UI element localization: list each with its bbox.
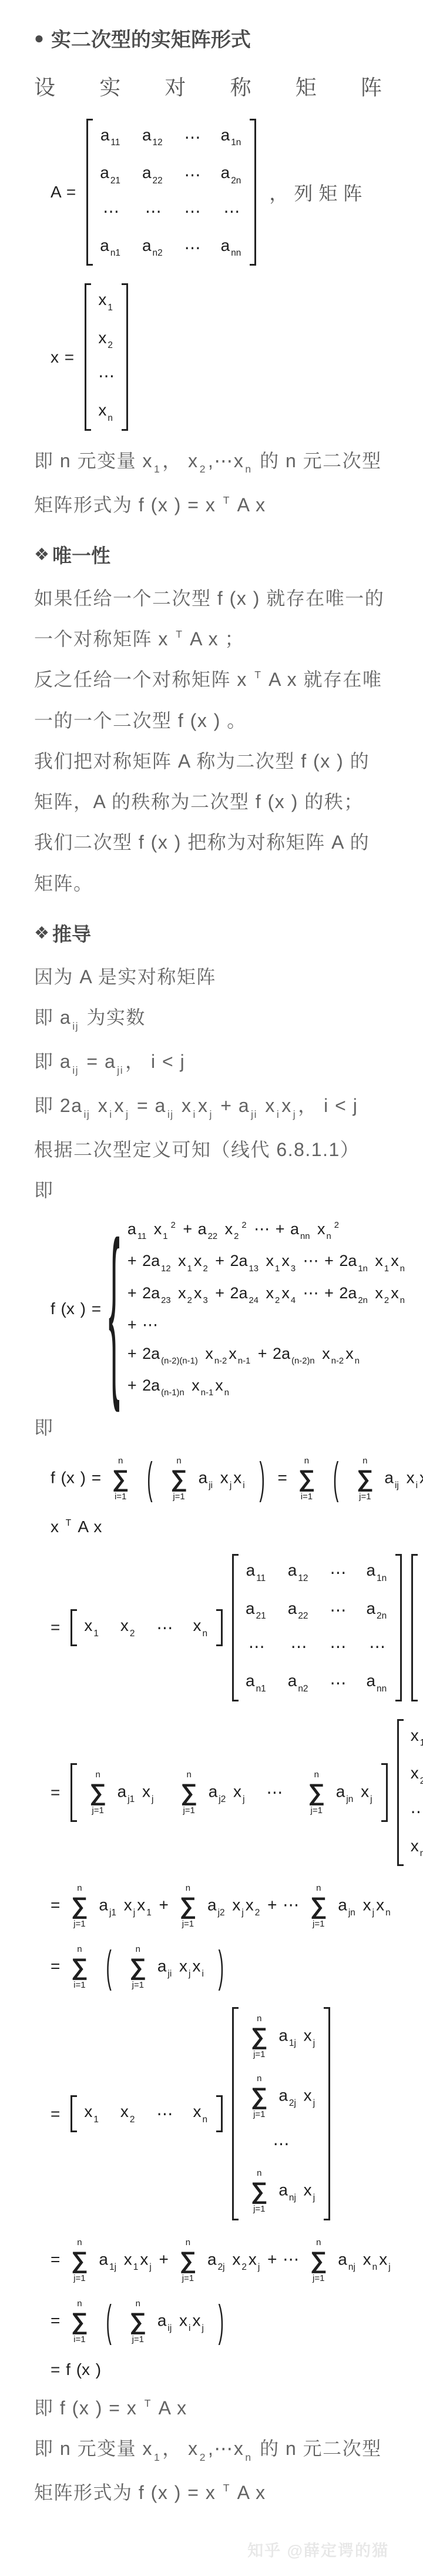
matrix-product-step: = x1x2⋯xn a11a12⋯a1na21a22⋯a2n⋯⋯⋯⋯an1an2… xyxy=(51,1554,389,1701)
sum-chain-cols: = n∑j=1 a1j x1xj + n∑j=1 a2j x2xj + ⋯ n∑… xyxy=(51,2238,389,2283)
matrix-cell: ⋯ xyxy=(98,366,115,386)
matrix-cell: x1 xyxy=(84,1616,100,1639)
matrix-cell: a22 xyxy=(142,163,164,186)
subscript: 1 xyxy=(146,1908,152,1918)
uniqueness-line: 我们二次型 f (x ) 把称为对称矩阵 A 的 xyxy=(34,830,389,855)
superscript: T xyxy=(66,1518,71,1528)
conclusion-line-1: 即 f (x ) = x T A x xyxy=(34,2396,389,2420)
expansion-row: + 2a23 x2x3 + 2a24 x2x4 ⋯ + 2a2n x2xn xyxy=(127,1284,407,1305)
subscript: n xyxy=(400,1296,405,1305)
uniqueness-line: 我们把对称矩阵 A 称为二次型 f (x ) 的 xyxy=(34,749,389,773)
subscript: n-2 xyxy=(214,1356,227,1366)
sum-lower-limit: j=1 xyxy=(359,1492,371,1501)
summation-icon: n∑j=1 xyxy=(357,1456,374,1501)
right-bracket-icon xyxy=(216,1609,223,1646)
summation-icon: n∑j=1 xyxy=(89,1770,106,1815)
sum-lower-limit: j=1 xyxy=(311,1806,323,1815)
subscript: j xyxy=(152,1794,153,1804)
char: 实 xyxy=(99,71,120,101)
sum-lower-limit: j=1 xyxy=(253,2110,265,2119)
subscript: 2 xyxy=(420,1776,423,1786)
subscript: nn xyxy=(300,1232,310,1241)
subscript: i xyxy=(243,1480,244,1490)
matrix-cell: a2n xyxy=(366,1599,388,1622)
sum-lower-limit: j=1 xyxy=(253,2205,265,2213)
subscript: 22 xyxy=(208,1232,218,1241)
conclusion-line-3: 矩阵形式为 f (x ) = x T A x xyxy=(34,2480,389,2505)
char: 阵 xyxy=(361,71,382,101)
subscript: 22 xyxy=(298,1611,308,1621)
matrix-cell: xn xyxy=(193,1616,209,1639)
diamond-icon: ❖ xyxy=(34,544,49,565)
matrix-cell: ann xyxy=(221,236,243,259)
matrix-cell: ⋯ xyxy=(266,1783,283,1802)
matrix-cell: x2 xyxy=(98,329,115,351)
vector-x-definition: x = x1x2⋯xn xyxy=(51,283,389,430)
matrix-cell: x1 xyxy=(98,290,115,313)
subscript: j xyxy=(293,1108,296,1120)
subscript: j2 xyxy=(219,1794,226,1804)
summation-icon: n∑i=1 xyxy=(298,1456,315,1501)
matrix-cell: ⋯ xyxy=(224,202,240,221)
sum-lower-limit: j=1 xyxy=(182,2274,194,2283)
matrix-cell: xn xyxy=(98,401,115,423)
expansion-row: + 2a(n-1)n xn-1xn xyxy=(127,1376,407,1398)
subscript: j xyxy=(258,2262,260,2272)
sigma-icon: ∑ xyxy=(71,1955,88,1979)
matrix-cell: ann xyxy=(366,1671,388,1694)
subscript: ij xyxy=(72,1020,79,1032)
subscript: ij xyxy=(84,1108,90,1120)
subscript: ji xyxy=(167,1969,172,1979)
subscript: 2 xyxy=(255,1908,260,1918)
xtax-start: x T A x xyxy=(51,1518,389,1536)
subscript: n2 xyxy=(298,1684,308,1694)
right-bracket-icon xyxy=(381,1763,388,1822)
subscript: (n-1)n xyxy=(161,1388,184,1398)
right-bracket-icon xyxy=(216,2095,223,2132)
sigma-icon: ∑ xyxy=(357,1467,374,1490)
subscript: ji xyxy=(209,1480,213,1490)
left-bracket-icon xyxy=(232,2007,239,2220)
summation-icon: n∑j=1 xyxy=(308,1770,325,1815)
matrix-a: a11a12⋯a1na21a22⋯a2n⋯⋯⋯⋯an1an2⋯ann xyxy=(86,119,256,266)
uniqueness-line: 矩阵，A 的秩称为二次型 f (x ) 的秩； xyxy=(34,789,389,814)
vector-x-lhs: x = xyxy=(51,348,74,367)
subscript: nj xyxy=(348,2262,355,2272)
subscript: i xyxy=(193,1108,196,1120)
subscript: n xyxy=(108,413,113,423)
subscript: 1 xyxy=(384,1264,389,1274)
sigma-icon: ∑ xyxy=(251,2085,268,2108)
derivation-line: 根据二次型定义可知（线代 6.8.1.1） xyxy=(34,1137,389,1162)
summation-icon: n∑j=1 xyxy=(71,2238,88,2283)
subscript: j xyxy=(202,2323,203,2333)
matrix-cell: x1 xyxy=(411,1726,423,1748)
subscript: 1n xyxy=(377,1573,387,1583)
subscript: 11 xyxy=(256,1573,266,1583)
matrix-cell: a1n xyxy=(366,1561,388,1583)
document-page: ● 实二次型的实矩阵形式 设实对称矩阵 A = a11a12⋯a1na21a22… xyxy=(0,0,423,2576)
sum-upper-limit: n xyxy=(257,2014,261,2023)
main-heading: ● 实二次型的实矩阵形式 xyxy=(34,24,389,52)
sum-lower-limit: j=1 xyxy=(132,1981,144,1989)
summation-icon: n∑j=1 xyxy=(180,2238,197,2283)
subscript: ji xyxy=(117,1064,123,1076)
subscript: 11 xyxy=(137,1232,146,1241)
superscript: 2 xyxy=(171,1221,176,1230)
subscript: n xyxy=(224,1388,229,1398)
subscript: n xyxy=(420,1848,423,1858)
open-paren-icon: ( xyxy=(333,1453,338,1504)
matrix-cell: x1 xyxy=(84,2102,100,2125)
superscript: 2 xyxy=(334,1221,339,1230)
sum-upper-limit: n xyxy=(316,2238,321,2247)
subscript: n1 xyxy=(110,248,120,258)
column-matrix-label: ，列矩阵 xyxy=(269,179,368,206)
watermark: 知乎 @薛定谔的猫 xyxy=(34,2538,389,2561)
sum-upper-limit: n xyxy=(314,1770,319,1779)
subscript: ij xyxy=(167,2323,172,2333)
sigma-icon: ∑ xyxy=(71,1894,88,1918)
sum-lower-limit: j=1 xyxy=(313,1920,324,1928)
subscript: n xyxy=(245,2451,251,2463)
row-sums-step: = n∑j=1 aj1 xjn∑j=1 aj2 xj⋯n∑j=1 ajn xj … xyxy=(51,1719,389,1866)
subscript: j1 xyxy=(127,1794,135,1804)
subscript: jn xyxy=(348,1908,355,1918)
summation-icon: n∑j=1 xyxy=(130,2299,147,2344)
matrix-cells: x1x2⋯xn xyxy=(418,1554,423,1701)
matrix-cell: a12 xyxy=(142,126,164,148)
subscript: 2n xyxy=(231,176,241,186)
matrix-cell: ⋯ xyxy=(330,1637,346,1656)
derivation-heading-text: 推导 xyxy=(52,919,91,947)
matrix-cell: a22 xyxy=(288,1599,310,1622)
subscript: n xyxy=(385,1908,391,1918)
matrix-cell: n∑j=1 anj xj xyxy=(246,2169,317,2213)
derivation-line: 即 xyxy=(34,1178,389,1202)
subscript: i xyxy=(202,1969,203,1979)
subscript: 2 xyxy=(234,1232,239,1241)
subscript: i xyxy=(109,1108,112,1120)
row-vector-x: x1x2⋯xn xyxy=(70,1609,223,1646)
subscript: 2j xyxy=(289,2098,296,2108)
open-paren-icon: ( xyxy=(106,2296,111,2347)
subscript: j1 xyxy=(109,1908,116,1918)
subscript: 21 xyxy=(110,176,120,186)
conclusion-line-2: 即 n 元变量 x1， x2,⋯xn 的 n 元二次型 xyxy=(34,2436,389,2464)
subscript: 1 xyxy=(93,2115,99,2125)
matrix-cell: ⋯ xyxy=(273,2134,290,2153)
matrix-cells: n∑j=1 a1j xjn∑j=1 a2j xj⋯n∑j=1 anj xj xyxy=(239,2007,324,2220)
collapsed-double-sum-cols: = n∑i=1 ( n∑j=1 aij xixj ) xyxy=(51,2299,389,2344)
subscript: n-2 xyxy=(331,1356,344,1366)
subscript: 1j xyxy=(109,2262,116,2272)
quadratic-form-expansion: f (x ) = { a11 x12 + a22 x22 ⋯ + ann xn2… xyxy=(51,1220,389,1398)
matrix-cell: ⋯ xyxy=(291,1637,307,1656)
subscript: ij xyxy=(72,1064,79,1076)
sum-lower-limit: j=1 xyxy=(132,2335,144,2344)
matrix-cell: an2 xyxy=(142,236,164,259)
summation-icon: n∑j=1 xyxy=(71,1884,88,1928)
subscript: 1n xyxy=(358,1264,368,1274)
left-bracket-icon xyxy=(70,1763,77,1822)
sigma-icon: ∑ xyxy=(71,2310,88,2333)
sigma-icon: ∑ xyxy=(130,2310,147,2333)
sum-lower-limit: i=1 xyxy=(73,1981,85,1989)
matrix-cell: ⋯ xyxy=(249,1637,265,1656)
close-paren-icon: ) xyxy=(219,2296,224,2347)
left-bracket-icon xyxy=(411,1554,418,1701)
equals-fx: = f (x ) xyxy=(51,2360,389,2379)
summation-icon: n∑j=1 xyxy=(310,1884,327,1928)
matrix-cell: ⋯ xyxy=(156,1618,173,1637)
subscript: 2 xyxy=(130,2115,135,2125)
subscript: 2 xyxy=(200,2451,206,2463)
subscript: j xyxy=(388,2262,390,2272)
sum-upper-limit: n xyxy=(136,1945,140,1954)
subscript: nj xyxy=(289,2193,296,2203)
matrix-cells: n∑j=1 aj1 xjn∑j=1 aj2 xj⋯n∑j=1 ajn xj xyxy=(77,1763,381,1822)
subscript: n xyxy=(327,1232,331,1241)
open-paren-icon: ( xyxy=(147,1453,152,1504)
subscript: ij xyxy=(167,1108,174,1120)
double-sum-identity: f (x ) = n∑i=1 ( n∑j=1 aji xjxi ) = n∑i=… xyxy=(51,1456,389,1501)
subscript: j xyxy=(126,1108,129,1120)
subscript: n2 xyxy=(153,248,163,258)
expansion-rows: a11 x12 + a22 x22 ⋯ + ann xn2 + 2a12 x1x… xyxy=(127,1220,407,1398)
vector-x: x1x2⋯xn xyxy=(85,283,128,430)
subscript: n1 xyxy=(256,1684,266,1694)
matrix-cell: an1 xyxy=(100,236,122,259)
matrix-cell: ⋯ xyxy=(184,128,201,147)
summation-icon: n∑j=1 xyxy=(180,1770,197,1815)
matrix-cell: n∑j=1 a2j xj xyxy=(246,2074,317,2119)
subscript: 1j xyxy=(289,2038,296,2048)
derivation-then: 即 xyxy=(34,1415,389,1440)
matrix-cell: ⋯ xyxy=(184,202,201,221)
uniqueness-line: 如果任给一个二次型 f (x ) 就存在唯一的 xyxy=(34,586,389,611)
sum-lower-limit: j=1 xyxy=(183,1806,194,1815)
matrix-a-definition: A = a11a12⋯a1na21a22⋯a2n⋯⋯⋯⋯an1an2⋯ann ，… xyxy=(51,119,389,266)
matrix-cell: xn xyxy=(193,2102,209,2125)
matrix-cell: ⋯ xyxy=(330,1563,346,1582)
subscript: j xyxy=(313,2193,315,2203)
matrix-cell: a2n xyxy=(221,163,243,186)
subscript: j xyxy=(372,1908,374,1918)
matrix-cell: ⋯ xyxy=(156,2104,173,2123)
subscript: n xyxy=(372,2262,378,2272)
row-vector-x: x1x2⋯xn xyxy=(70,2095,223,2132)
row-vector-sums: n∑j=1 aj1 xjn∑j=1 aj2 xj⋯n∑j=1 ajn xj xyxy=(70,1763,387,1822)
subscript: 2 xyxy=(187,1296,192,1305)
matrix-cell: an2 xyxy=(288,1671,310,1694)
right-bracket-icon xyxy=(122,283,128,430)
sum-upper-limit: n xyxy=(186,2238,190,2247)
intro-line-1: 即 n 元变量 x1， x2,⋯xn 的 n 元二次型 xyxy=(34,448,389,477)
derivation-line: 因为 A 是实对称矩阵 xyxy=(34,964,389,989)
matrix-cell: ⋯ xyxy=(145,202,162,221)
subscript: n-1 xyxy=(201,1388,213,1398)
matrix-cell: a12 xyxy=(288,1561,310,1583)
subscript: j xyxy=(313,2038,315,2048)
subscript: 21 xyxy=(256,1611,266,1621)
derivation-heading: ❖ 推导 xyxy=(34,919,389,947)
subscript: 2 xyxy=(275,1296,280,1305)
matrix-cell: ⋯ xyxy=(330,1600,346,1620)
subscript: i xyxy=(416,1480,418,1490)
char: 设 xyxy=(34,71,55,101)
subscript: n xyxy=(400,1264,405,1274)
right-bracket-icon xyxy=(324,2007,330,2220)
column-vector-x: x1x2⋯xn xyxy=(411,1554,423,1701)
subscript: 1 xyxy=(133,2262,139,2272)
sum-upper-limit: n xyxy=(77,2299,82,2308)
summation-icon: n∑j=1 xyxy=(180,1884,197,1928)
subscript: 3 xyxy=(203,1296,207,1305)
sum-upper-limit: n xyxy=(304,1456,309,1465)
subscript: j xyxy=(133,1908,135,1918)
sum-lower-limit: i=1 xyxy=(301,1492,313,1501)
sum-upper-limit: n xyxy=(95,1770,100,1779)
matrix-cell: an1 xyxy=(246,1671,268,1694)
subscript: nn xyxy=(231,248,241,258)
sigma-icon: ∑ xyxy=(89,1781,106,1804)
sum-upper-limit: n xyxy=(316,1884,321,1892)
sum-lower-limit: j=1 xyxy=(73,2274,85,2283)
subscript: 24 xyxy=(249,1296,259,1305)
uniqueness-line: 一个对称矩阵 x T A x ； xyxy=(34,627,389,651)
sigma-icon: ∑ xyxy=(180,2249,197,2272)
matrix-cell: ⋯ xyxy=(103,202,119,221)
subscript: j xyxy=(241,1908,243,1918)
subscript: 2 xyxy=(130,1629,135,1639)
subscript: 23 xyxy=(161,1296,171,1305)
summation-icon: n∑j=1 xyxy=(251,2074,268,2119)
sum-chain-rows: = n∑j=1 aj1 xjx1 + n∑j=1 aj2 xjx2 + ⋯ n∑… xyxy=(51,1884,389,1928)
char: 称 xyxy=(230,71,251,101)
equals-sign: = xyxy=(51,2105,60,2123)
sigma-icon: ∑ xyxy=(298,1467,315,1490)
sum-lower-limit: j=1 xyxy=(313,2274,324,2283)
subscript: 2 xyxy=(241,2262,247,2272)
matrix-cell: n∑j=1 aj2 xj xyxy=(175,1770,246,1815)
matrix-cell: a11 xyxy=(100,126,122,148)
column-sums-step: = x1x2⋯xn n∑j=1 a1j xjn∑j=1 a2j xj⋯n∑j=1… xyxy=(51,2007,389,2220)
left-bracket-icon xyxy=(232,1554,239,1701)
superscript: 2 xyxy=(241,1221,246,1230)
derivation-line: 即 aij 为实数 xyxy=(34,1005,389,1033)
subscript: j xyxy=(209,1108,212,1120)
sum-upper-limit: n xyxy=(187,1770,192,1779)
expansion-row: a11 x12 + a22 x22 ⋯ + ann xn2 xyxy=(127,1220,407,1241)
matrix-cell: n∑j=1 ajn xj xyxy=(303,1770,374,1815)
uniqueness-line: 一的一个二次型 f (x ) 。 xyxy=(34,708,389,733)
intro-line-2: 矩阵形式为 f (x ) = x T A x xyxy=(34,493,389,517)
subscript: j xyxy=(370,1794,372,1804)
subscript: 12 xyxy=(153,138,163,148)
superscript: T xyxy=(254,669,261,681)
subscript: j2 xyxy=(218,1908,225,1918)
summation-icon: n∑j=1 xyxy=(251,2169,268,2213)
sum-upper-limit: n xyxy=(118,1456,123,1465)
equals-sign: = xyxy=(51,1618,60,1637)
matrix-cells: x1x2⋯xn xyxy=(77,1609,216,1646)
derivation-line: 即 2aij xixj = aij xixj + aji xixj， i < j xyxy=(34,1093,389,1121)
subscript: 2 xyxy=(384,1296,389,1305)
column-vector-sums: n∑j=1 a1j xjn∑j=1 a2j xj⋯n∑j=1 anj xj xyxy=(232,2007,330,2220)
subscript: 1 xyxy=(154,463,160,475)
subscript: n xyxy=(202,1629,207,1639)
superscript: T xyxy=(145,2397,152,2409)
matrix-cell: a11 xyxy=(246,1561,268,1583)
subscript: jn xyxy=(346,1794,353,1804)
matrix-cell: ⋯ xyxy=(369,1637,385,1656)
setup-justified-line: 设实对称矩阵 xyxy=(34,71,382,101)
sigma-icon: ∑ xyxy=(112,1467,129,1490)
uniqueness-heading-text: 唯一性 xyxy=(52,541,110,568)
subscript: 1 xyxy=(187,1264,192,1274)
sigma-icon: ∑ xyxy=(310,2249,327,2272)
summation-icon: n∑j=1 xyxy=(170,1456,187,1501)
matrix-cells: x1x2⋯xn xyxy=(91,283,122,430)
matrix-cell: a1n xyxy=(221,126,243,148)
matrix-cell: xn xyxy=(411,1837,423,1859)
subscript: (n-2)(n-1) xyxy=(161,1356,198,1366)
uniqueness-heading: ❖ 唯一性 xyxy=(34,541,389,568)
right-bracket-icon xyxy=(250,119,256,266)
right-bracket-icon xyxy=(395,1554,402,1701)
sum-lower-limit: j=1 xyxy=(173,1492,184,1501)
sum-lower-limit: j=1 xyxy=(73,1920,85,1928)
subscript: n xyxy=(355,1356,360,1366)
char: 对 xyxy=(164,71,186,101)
sum-lower-limit: j=1 xyxy=(182,1920,194,1928)
sum-upper-limit: n xyxy=(362,1456,367,1465)
expansion-row: + 2a12 x1x2 + 2a13 x1x3 ⋯ + 2a1n x1xn xyxy=(127,1252,407,1273)
left-bracket-icon xyxy=(70,1609,77,1646)
equals-sign: = xyxy=(51,1783,60,1802)
left-brace-icon: { xyxy=(109,1215,120,1403)
summation-icon: n∑j=1 xyxy=(310,2238,327,2283)
subscript: 12 xyxy=(161,1264,171,1274)
matrix-cells: x1x2⋯xn xyxy=(77,2095,216,2132)
matrix-a: a11a12⋯a1na21a22⋯a2n⋯⋯⋯⋯an1an2⋯ann xyxy=(232,1554,402,1701)
sigma-icon: ∑ xyxy=(170,1467,187,1490)
subscript: 1 xyxy=(275,1264,280,1274)
subscript: 1 xyxy=(163,1232,167,1241)
sum-upper-limit: n xyxy=(77,2238,82,2247)
subscript: i xyxy=(189,2323,190,2333)
subscript: 1 xyxy=(93,1629,99,1639)
subscript: n-1 xyxy=(238,1356,250,1366)
sigma-icon: ∑ xyxy=(180,1894,197,1918)
sum-lower-limit: j=1 xyxy=(253,2050,265,2059)
matrix-cell: n∑j=1 aj1 xj xyxy=(84,1770,155,1815)
summation-icon: n∑j=1 xyxy=(251,2014,268,2059)
superscript: T xyxy=(223,2482,230,2494)
subscript: n xyxy=(245,463,251,475)
subscript: ij xyxy=(395,1480,399,1490)
subscript: 11 xyxy=(110,138,120,148)
summation-icon: n∑i=1 xyxy=(71,2299,88,2344)
matrix-cell: n∑j=1 a1j xj xyxy=(246,2014,317,2059)
matrix-a-lhs: A = xyxy=(51,183,76,202)
summation-icon: n∑i=1 xyxy=(112,1456,129,1501)
subscript: 13 xyxy=(249,1264,259,1274)
left-bracket-icon xyxy=(86,119,93,266)
matrix-cell: ⋯ xyxy=(184,238,201,257)
